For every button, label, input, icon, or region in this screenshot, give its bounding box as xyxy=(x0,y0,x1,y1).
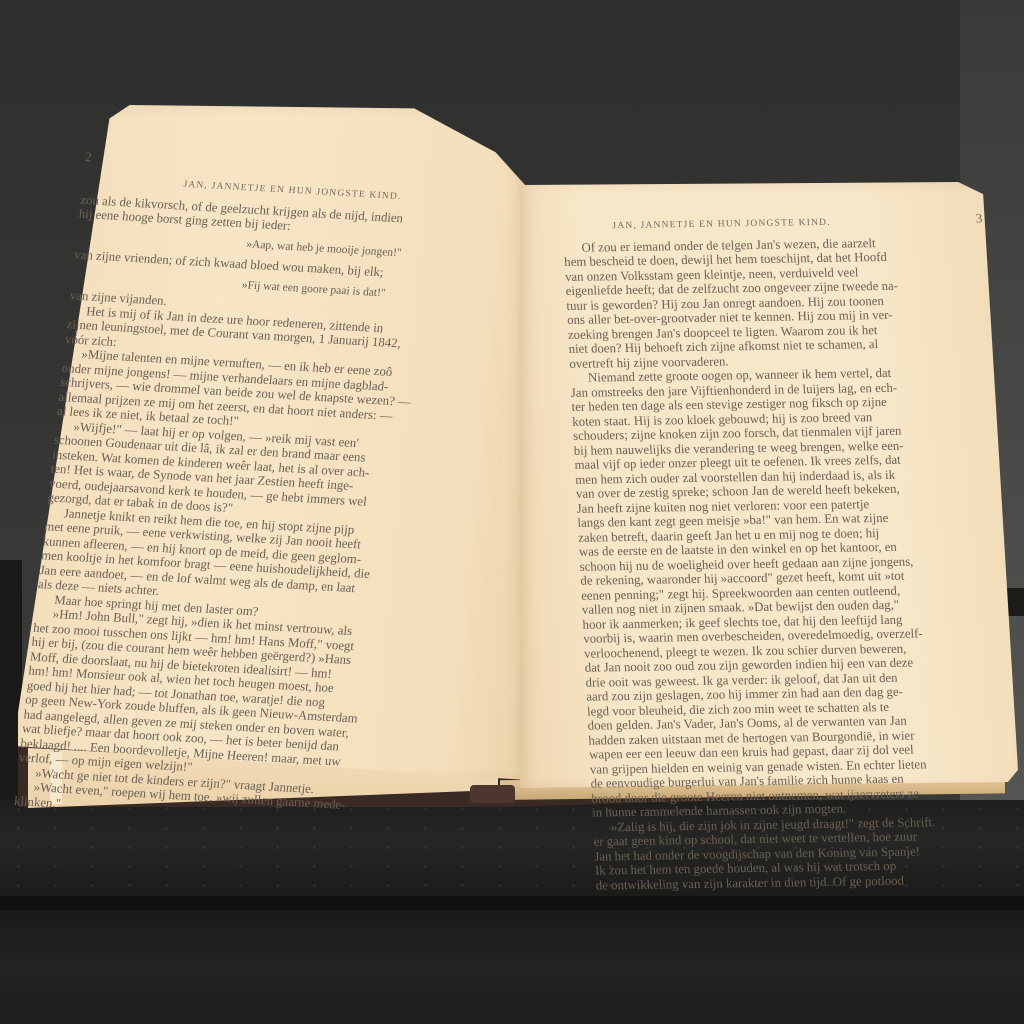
shelf-gap xyxy=(0,896,1024,910)
page-number-left: 2 xyxy=(84,150,92,165)
left-page-text: 2 JAN, JANNETJE EN HUN JONGSTE KIND. zou… xyxy=(13,150,505,832)
page-number-right: 3 xyxy=(975,211,982,226)
right-page-text: JAN, JANNETJE EN HUN JONGSTE KIND. 3 Of … xyxy=(562,211,1016,892)
running-head-right: JAN, JANNETJE EN HUN JONGSTE KIND. xyxy=(612,216,831,234)
wooden-shelf-lower xyxy=(0,910,1024,1024)
book-spine xyxy=(470,785,515,803)
